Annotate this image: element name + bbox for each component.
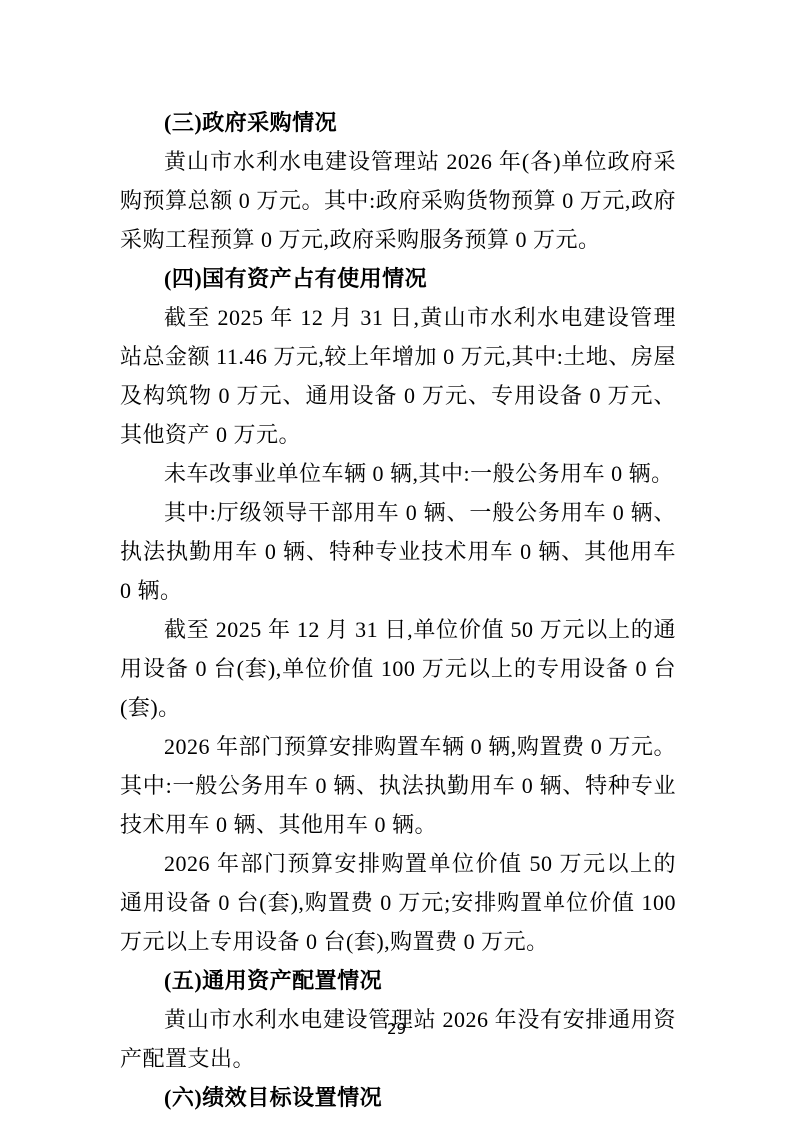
paragraph-procurement-budget: 黄山市水利水电建设管理站 2026 年(各)单位政府采购预算总额 0 万元。其中… xyxy=(120,142,676,259)
document-content: (三)政府采购情况 黄山市水利水电建设管理站 2026 年(各)单位政府采购预算… xyxy=(120,103,676,1117)
document-page: (三)政府采购情况 黄山市水利水电建设管理站 2026 年(各)单位政府采购预算… xyxy=(0,0,793,1122)
section-heading-state-assets: (四)国有资产占有使用情况 xyxy=(120,259,676,298)
page-footer: 29 xyxy=(0,1020,793,1039)
paragraph-no-asset-allocation: 黄山市水利水电建设管理站 2026 年没有安排通用资产配置支出。 xyxy=(120,1000,676,1078)
paragraph-vehicle-purchase-budget: 2026 年部门预算安排购置车辆 0 辆,购置费 0 万元。其中:一般公务用车 … xyxy=(120,727,676,844)
page-number: 29 xyxy=(387,1020,406,1038)
paragraph-assets-total: 截至 2025 年 12 月 31 日,黄山市水利水电建设管理站总金额 11.4… xyxy=(120,298,676,454)
section-heading-general-asset-allocation: (五)通用资产配置情况 xyxy=(120,961,676,1000)
paragraph-equipment-purchase-budget: 2026 年部门预算安排购置单位价值 50 万元以上的通用设备 0 台(套),购… xyxy=(120,844,676,961)
paragraph-vehicles-breakdown: 其中:厅级领导干部用车 0 辆、一般公务用车 0 辆、执法执勤用车 0 辆、特种… xyxy=(120,493,676,610)
section-heading-performance-targets: (六)绩效目标设置情况 xyxy=(120,1078,676,1117)
section-heading-government-procurement: (三)政府采购情况 xyxy=(120,103,676,142)
paragraph-equipment-above-threshold: 截至 2025 年 12 月 31 日,单位价值 50 万元以上的通用设备 0 … xyxy=(120,610,676,727)
paragraph-vehicles-non-reformed: 未车改事业单位车辆 0 辆,其中:一般公务用车 0 辆。 xyxy=(120,454,676,493)
